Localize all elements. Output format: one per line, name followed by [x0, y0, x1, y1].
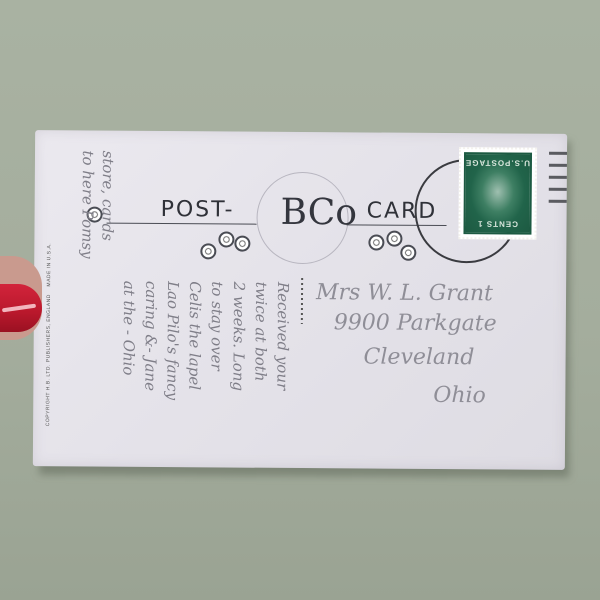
address-line: Cleveland: [364, 344, 475, 370]
message-line: Lao Pilo's fancy: [163, 281, 182, 400]
cancel-mark: [549, 152, 567, 155]
message-line: store, cards: [98, 151, 117, 241]
message-line: to stay over: [208, 281, 227, 370]
flower-ornament: [200, 243, 216, 259]
made-in-line: MADE IN U.S.A.: [46, 243, 52, 287]
monogram-logo: BCo: [280, 192, 357, 234]
message-line: at the - Ohio: [119, 281, 138, 376]
cancel-mark: [549, 188, 567, 191]
message-line: to here Pomsy: [78, 150, 97, 258]
flower-ornament: [386, 231, 402, 247]
message-line: caring &- Jane: [141, 281, 160, 391]
flower-ornament: [218, 231, 234, 247]
stamp-top-text: U.S.POSTAGE: [466, 158, 530, 167]
publisher-line: COPYRIGHT H.B. LTD. PUBLISHERS, ENGLAND: [45, 294, 52, 426]
address-line: Ohio: [433, 383, 486, 408]
cancel-mark: [549, 200, 567, 203]
divider-line: [301, 278, 303, 324]
address-line: 9900 Parkgate: [334, 310, 497, 336]
publisher-credit: COPYRIGHT H.B. LTD. PUBLISHERS, ENGLAND …: [45, 243, 52, 426]
cancel-mark: [549, 176, 567, 179]
post-heading: POST-: [161, 197, 235, 223]
header-rule-left: [107, 223, 257, 225]
address-line: Mrs W. L. Grant: [316, 280, 493, 306]
postcard: BCo POST- CARD U.S.POSTAGE CENTS 1 Mrs W…: [33, 130, 567, 470]
cancel-mark: [549, 164, 567, 167]
flower-ornament: [400, 245, 416, 261]
message-line: Received your: [273, 282, 292, 390]
flower-ornament: [234, 236, 250, 252]
stamp-bottom-text: CENTS 1: [466, 219, 530, 228]
message-line: twice at both: [251, 282, 270, 382]
message-line: Celis the lapel: [185, 281, 204, 390]
message-line: 2 weeks. Long: [229, 282, 248, 392]
flower-ornament: [368, 234, 384, 250]
postage-stamp: U.S.POSTAGE CENTS 1: [458, 147, 537, 240]
